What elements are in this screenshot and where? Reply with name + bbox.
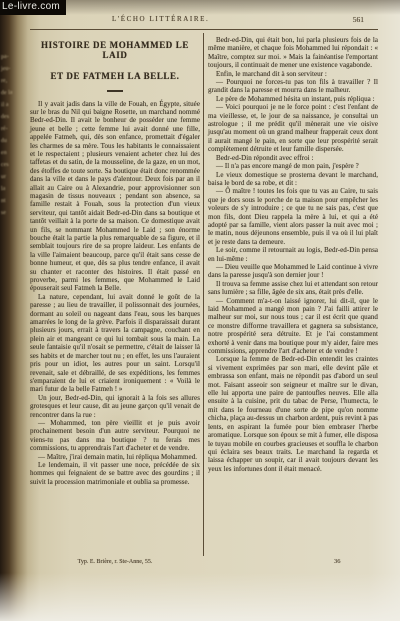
book-gutter-shadow: pa-jeu-re,de lail adesré-duencesurlantse <box>0 48 24 568</box>
text-block: HISTOIRE DE MOHAMMED LE LAID ET DE FATME… <box>30 33 378 559</box>
paragraph: Bedr-ed-Din répondit avec effroi : <box>208 154 378 162</box>
paragraph: — Comment m'a-t-on laissé ignorer, lui d… <box>208 297 378 356</box>
paragraph: Le père de Mohammed hésita un instant, p… <box>208 95 378 103</box>
ghost-text-fragment: ces <box>1 162 9 168</box>
ghost-text-fragment: nt <box>1 198 6 204</box>
ghost-text-fragment: se <box>1 210 6 216</box>
paragraph: Il trouva sa femme assise chez lui et at… <box>208 280 378 297</box>
paragraph: La nature, cependant, lui avait donné le… <box>30 293 200 394</box>
printer-imprint: Typ. E. Brière, r. Ste-Anne, 55. <box>30 559 200 565</box>
ghost-text-fragment: la <box>1 186 6 192</box>
paragraph: — Mohammed, ton père vieillit et je puis… <box>30 419 200 453</box>
ghost-text-fragment: en <box>1 150 7 156</box>
paragraph: Bedr-ed-Din, qui était bon, lui parla pl… <box>208 36 378 70</box>
right-column-text: Bedr-ed-Din, qui était bon, lui parla pl… <box>208 33 378 473</box>
ghost-text-fragment: ré- <box>1 126 8 132</box>
ghost-text-fragment: jeu- <box>1 66 11 72</box>
article-title-line2: ET DE FATMEH LA BELLE. <box>30 71 200 81</box>
ghost-text-fragment: ur <box>1 174 6 180</box>
paragraph: Le vieux domestique se prosterna devant … <box>208 171 378 188</box>
paragraph: — Pourquoi ne forces-tu pas ton fils à t… <box>208 78 378 95</box>
header-rule <box>30 29 378 30</box>
ghost-text-fragment: du <box>1 138 7 144</box>
journal-title: L'ÉCHO LITTÉRAIRE. <box>112 15 209 23</box>
paragraph: Le soir, comme il retournait au logis, B… <box>208 246 378 263</box>
title-rule <box>107 90 123 92</box>
paragraph: Lorsque la femme de Bedr-ed-Din entendit… <box>208 355 378 473</box>
paragraph: — Ô maître ! toutes les fois que tu vas … <box>208 187 378 246</box>
right-column: Bedr-ed-Din, qui était bon, lui parla pl… <box>208 33 378 473</box>
page-number: 561 <box>353 15 364 24</box>
paragraph: Il y avait jadis dans la ville de Fouah,… <box>30 100 200 293</box>
column-divider <box>203 33 204 556</box>
ghost-text-fragment: des <box>1 114 9 120</box>
signature-mark: 36 <box>334 558 341 565</box>
scanned-page: pa-jeu-re,de lail adesré-duencesurlantse… <box>0 0 400 621</box>
ghost-text-fragment: pa- <box>1 54 9 60</box>
left-column: HISTOIRE DE MOHAMMED LE LAID ET DE FATME… <box>30 33 200 486</box>
paragraph: — Il n'a pas encore mangé de mon pain, j… <box>208 162 378 170</box>
paragraph: — Voici pourquoi je ne le force point : … <box>208 103 378 153</box>
left-column-text: Il y avait jadis dans la ville de Fouah,… <box>30 100 200 487</box>
article-title-line1: HISTOIRE DE MOHAMMED LE LAID <box>30 40 200 60</box>
paragraph: Enfin, le marchand dit à son serviteur : <box>208 70 378 78</box>
ghost-text-fragment: re, <box>1 78 7 84</box>
paragraph: — Dieu veuille que Mohammed le Laid cont… <box>208 263 378 280</box>
watermark: Le-livre.com <box>0 0 66 15</box>
paragraph: Un jour, Bedr-ed-Din, qui ignorait à la … <box>30 394 200 419</box>
ghost-text-fragment: il a <box>1 102 9 108</box>
paragraph: Le lendemain, il vit passer une noce, pr… <box>30 461 200 486</box>
ghost-text-fragment: de la <box>1 90 13 96</box>
paragraph: — Maître, j'irai demain matin, lui répli… <box>30 453 200 461</box>
